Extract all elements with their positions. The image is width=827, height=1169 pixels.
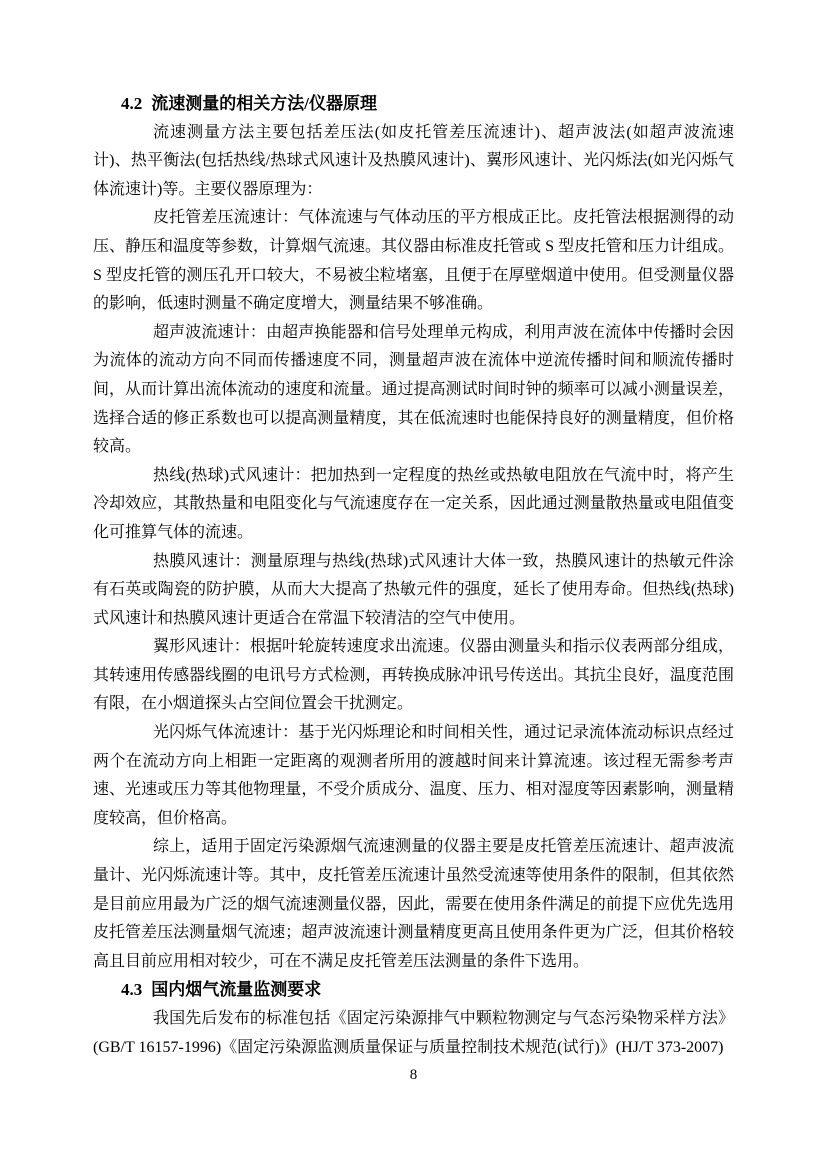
section-number: 4.2 xyxy=(121,94,142,113)
paragraph-methods-overview: 流速测量方法主要包括差压法(如皮托管差压流速计)、超声波法(如超声波流速计)、热… xyxy=(93,119,734,205)
document-content: 4.2流速测量的相关方法/仪器原理 流速测量方法主要包括差压法(如皮托管差压流速… xyxy=(93,90,734,1062)
paragraph-hot-wire: 热线(热球)式风速计：把加热到一定程度的热丝或热敏电阻放在气流中时，将产生冷却效… xyxy=(93,462,734,548)
page-footer: 8 xyxy=(93,1062,734,1088)
section-title: 国内烟气流量监测要求 xyxy=(151,980,321,999)
section-number: 4.3 xyxy=(121,980,142,999)
section-heading-4-2: 4.2流速测量的相关方法/仪器原理 xyxy=(93,90,734,119)
section-title: 流速测量的相关方法/仪器原理 xyxy=(151,94,377,113)
paragraph-hot-film: 热膜风速计：测量原理与热线(热球)式风速计大体一致，热膜风速计的热敏元件涂有石英… xyxy=(93,548,734,634)
paragraph-ultrasonic: 超声波流速计：由超声换能器和信号处理单元构成，利用声波在流体中传播时会因为流体的… xyxy=(93,319,734,462)
paragraph-pitot-tube: 皮托管差压流速计：气体流速与气体动压的平方根成正比。皮托管法根据测得的动压、静压… xyxy=(93,204,734,318)
paragraph-summary: 综上，适用于固定污染源烟气流速测量的仪器主要是皮托管差压流速计、超声波流量计、光… xyxy=(93,833,734,976)
paragraph-national-standards: 我国先后发布的标准包括《固定污染源排气中颗粒物测定与气态污染物采样方法》(GB/… xyxy=(93,1005,734,1062)
paragraph-optical-scintillation: 光闪烁气体流速计：基于光闪烁理论和时间相关性，通过记录流体流动标识点经过两个在流… xyxy=(93,719,734,833)
section-heading-4-3: 4.3国内烟气流量监测要求 xyxy=(93,976,734,1005)
paragraph-vane-anemometer: 翼形风速计：根据叶轮旋转速度求出流速。仪器由测量头和指示仪表两部分组成，其转速用… xyxy=(93,633,734,719)
page-number: 8 xyxy=(410,1067,418,1083)
document-page: 4.2流速测量的相关方法/仪器原理 流速测量方法主要包括差压法(如皮托管差压流速… xyxy=(0,0,827,1169)
